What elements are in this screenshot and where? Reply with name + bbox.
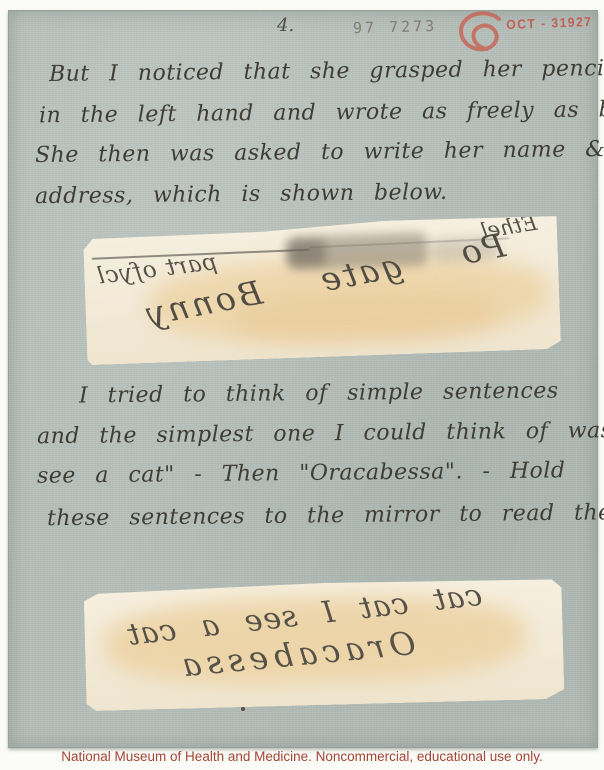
stray-ink-dot xyxy=(241,707,245,711)
handwriting-line: I tried to think of simple sentences xyxy=(79,378,559,408)
pasted-slip-name-address: Ethel part ofycl Po gate Bonny xyxy=(83,215,561,365)
page-number: 4. xyxy=(277,15,294,36)
handwriting-line: address, which is shown below. xyxy=(35,180,448,209)
pasted-slip-practice-sentences: cat cat I see a cat Oracabessa xyxy=(83,577,564,711)
handwriting-line: But I noticed that she grasped her penci… xyxy=(49,56,604,87)
handwriting-line: see a cat" - Then "Oracabessa". - Hold xyxy=(37,458,566,489)
handwriting-line: and the simplest one I could think of wa… xyxy=(37,418,604,449)
footer-caption: National Museum of Health and Medicine. … xyxy=(0,749,604,764)
date-stamp: OCT - 31927 xyxy=(506,14,593,32)
handwriting-line: in the left hand and wrote as freely as … xyxy=(39,97,604,129)
archive-number-stamp: 97 7273 xyxy=(353,17,438,37)
handwriting-line: She then was asked to write her name & xyxy=(35,137,604,168)
scanned-document-view: 4. 97 7273 OCT - 31927 But I noticed tha… xyxy=(0,0,604,770)
manuscript-page: 4. 97 7273 OCT - 31927 But I noticed tha… xyxy=(8,10,598,748)
red-swirl-mark-icon xyxy=(447,7,513,61)
handwriting-line: these sentences to the mirror to read th… xyxy=(47,500,604,531)
